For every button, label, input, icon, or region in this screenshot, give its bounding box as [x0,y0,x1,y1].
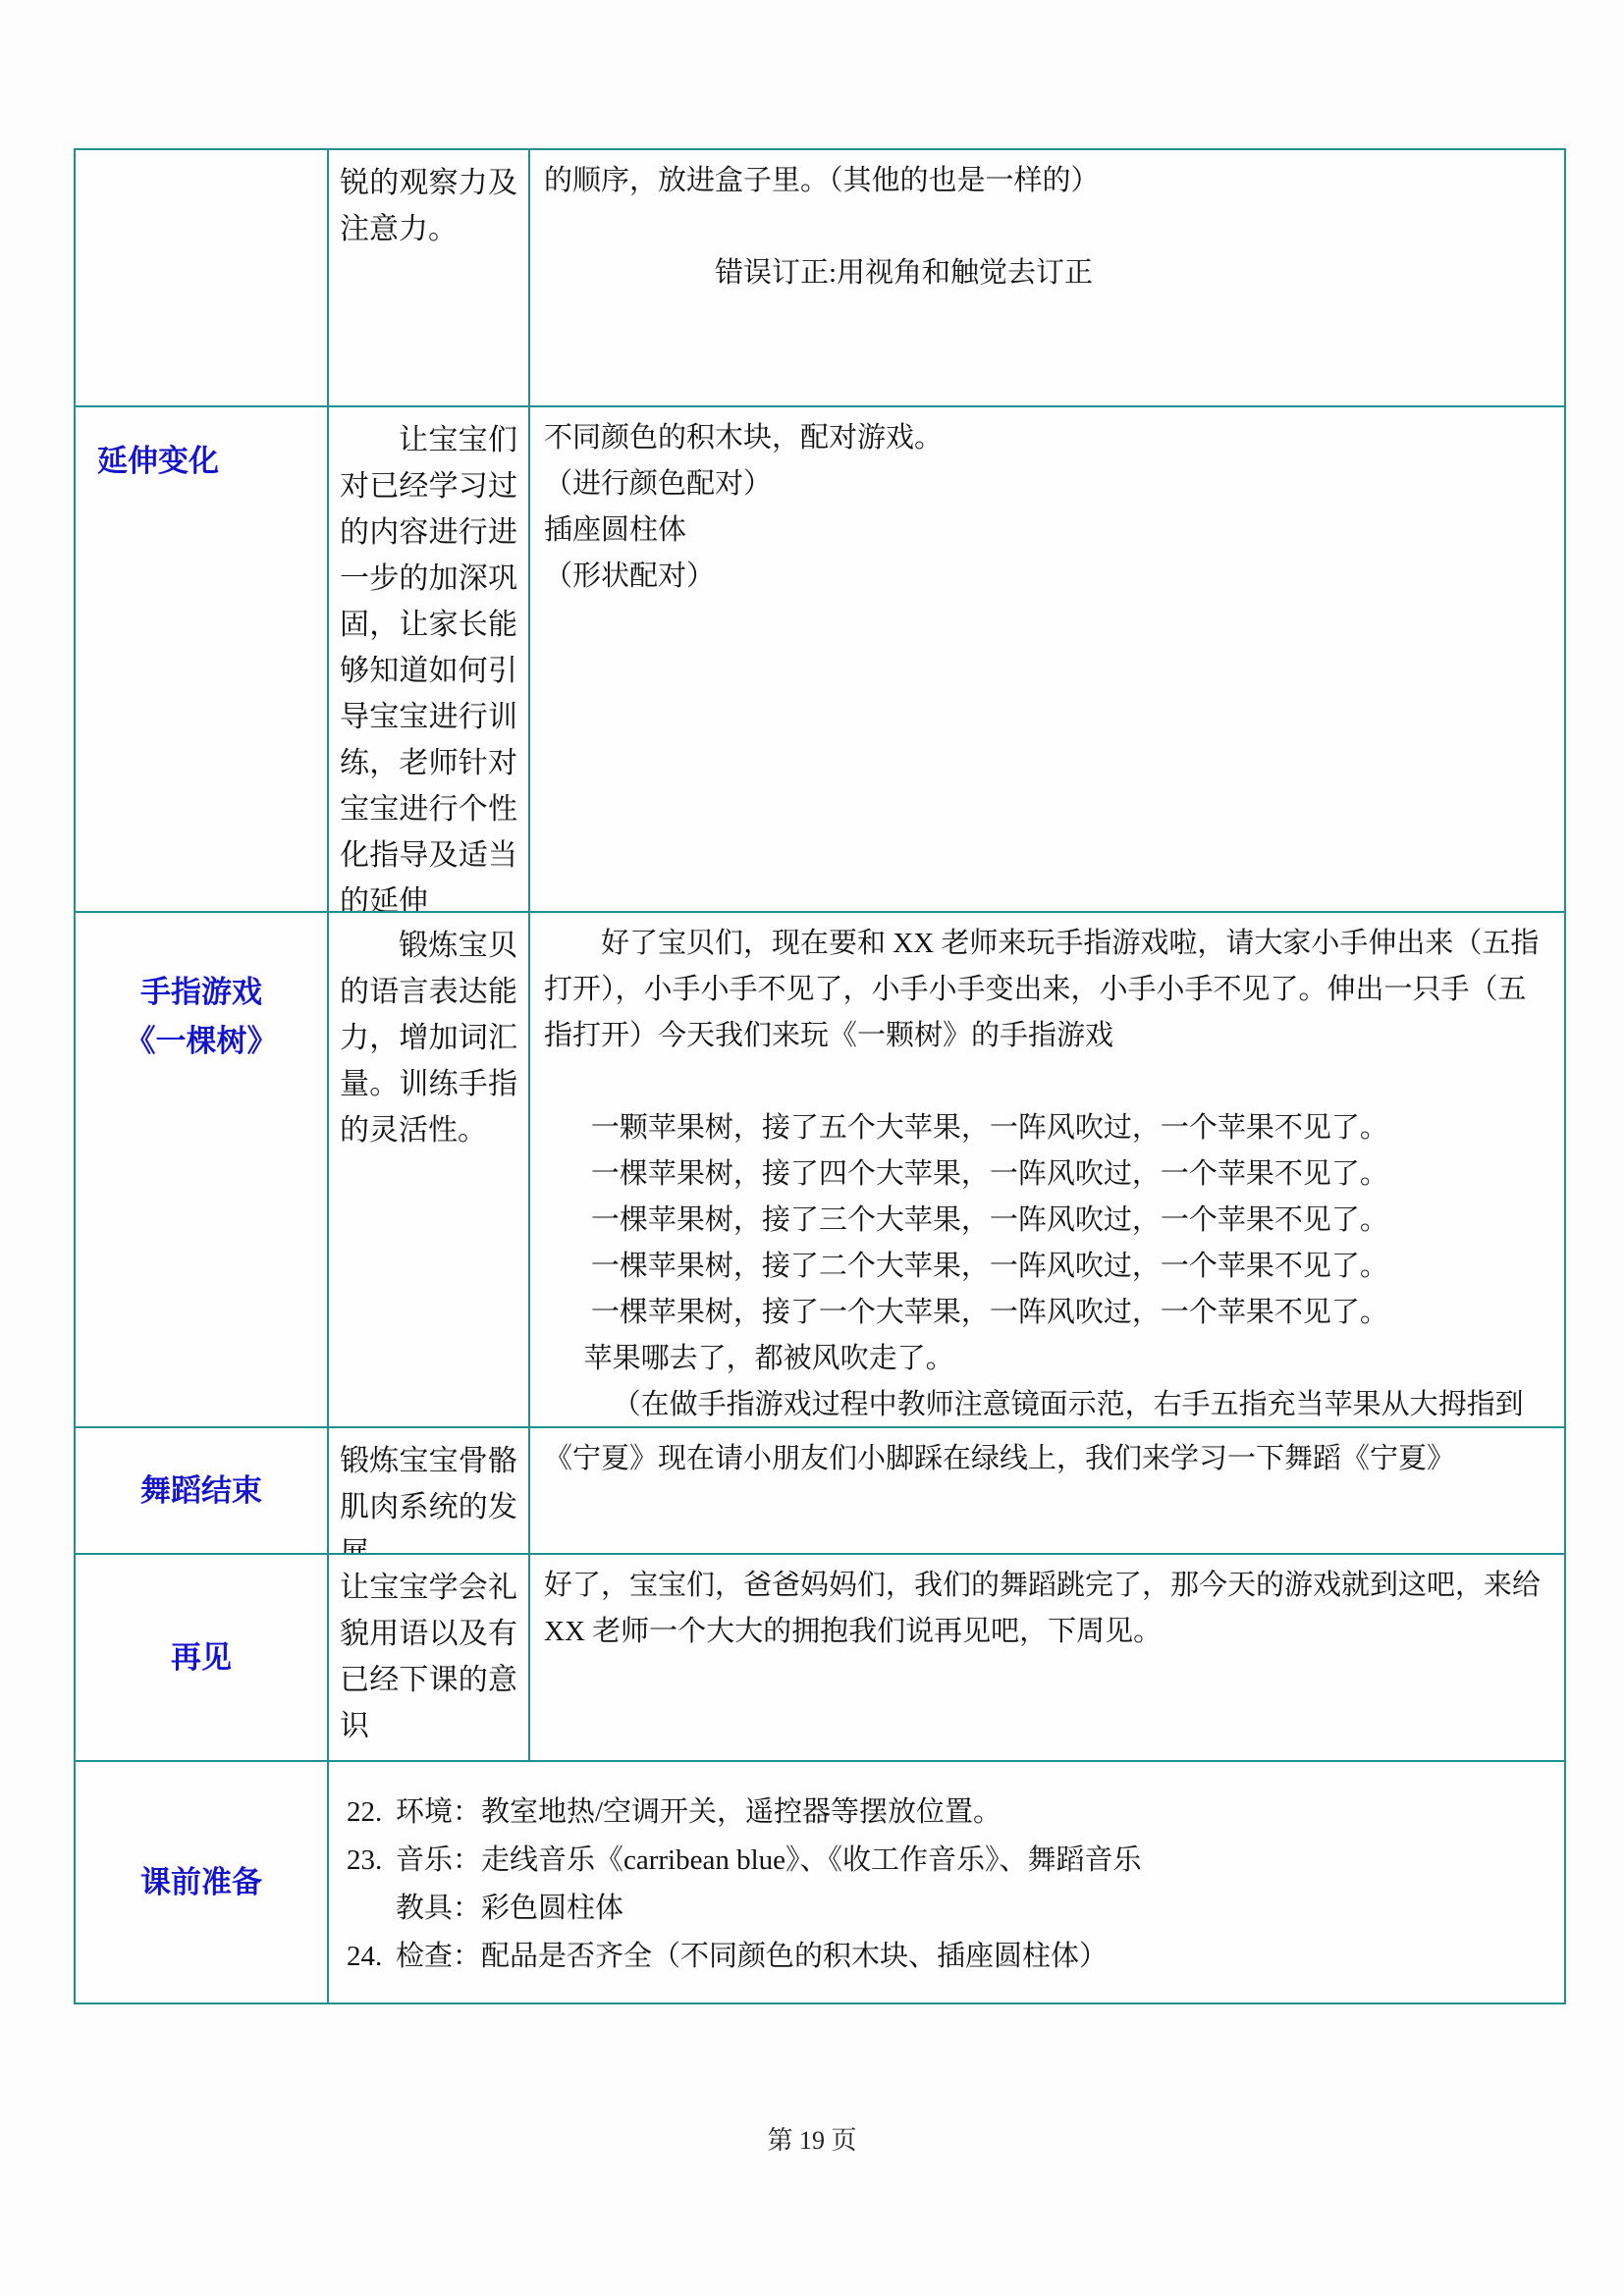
paragraph: 插座圆柱体 [544,507,1550,554]
goal-cell: 让宝宝们对已经学习过的内容进行进一步的加深巩固，让家长能够知道如何引导宝宝进行训… [329,407,530,911]
prep-item-number: 23. [347,1837,396,1885]
prep-item-number [347,1885,396,1933]
label-text: 《一棵树》 [76,1017,327,1066]
label-cell: 延伸变化 [76,407,329,911]
prep-item: 22.环境：教室地热/空调开关，遥控器等摆放位置。 [347,1789,1550,1837]
row-dance-ending: 舞蹈结束 锻炼宝宝骨骼肌肉系统的发展 《宁夏》现在请小朋友们小脚踩在绿线上，我们… [76,1428,1564,1555]
label-cell: 课前准备 [76,1762,329,2002]
paragraph: 一棵苹果树，接了二个大苹果，一阵风吹过，一个苹果不见了。 [544,1244,1550,1290]
paragraph: 锻炼宝贝的语言表达能力，增加词汇量。训练手指的灵活性。 [340,923,517,1153]
prep-item-text: 环境：教室地热/空调开关，遥控器等摆放位置。 [396,1789,1550,1837]
paragraph: 苹果哪去了，都被风吹走了。 [544,1336,1550,1382]
label-text: 舞蹈结束 [140,1467,262,1516]
prep-item-text: 教具：彩色圆柱体 [396,1885,1550,1933]
paragraph: 不同颜色的积木块，配对游戏。 [544,415,1550,461]
prep-item-text: 音乐：走线音乐《carribean blue》、《收工作音乐》、舞蹈音乐 [396,1837,1550,1885]
paragraph: 让宝宝学会礼貌用语以及有已经下课的意识 [340,1565,517,1749]
lesson-plan-table: 锐的观察力及注意力。 的顺序，放进盒子里。（其他的也是一样的） 错误订正:用视角… [74,148,1566,2004]
paragraph: 一棵苹果树，接了一个大苹果，一阵风吹过，一个苹果不见了。 [544,1290,1550,1336]
paragraph: （进行颜色配对） [544,461,1550,507]
label-cell: 手指游戏《一棵树》 [76,913,329,1426]
prep-item: 教具：彩色圆柱体 [347,1885,1550,1933]
label-cell [76,150,329,405]
prep-content-cell: 22.环境：教室地热/空调开关，遥控器等摆放位置。23.音乐：走线音乐《carr… [329,1762,1564,2002]
paragraph: 好了，宝宝们，爸爸妈妈们，我们的舞蹈跳完了，那今天的游戏就到这吧，来给 XX 老… [544,1563,1550,1655]
row-observation-continued: 锐的观察力及注意力。 的顺序，放进盒子里。（其他的也是一样的） 错误订正:用视角… [76,150,1564,407]
goal-cell: 让宝宝学会礼貌用语以及有已经下课的意识 [329,1555,530,1760]
paragraph: 锐的观察力及注意力。 [340,160,517,252]
row-finger-game: 手指游戏《一棵树》 锻炼宝贝的语言表达能力，增加词汇量。训练手指的灵活性。 好了… [76,913,1564,1428]
paragraph [544,204,1550,250]
page-number: 第 19 页 [0,2120,1624,2157]
paragraph: （形状配对） [544,554,1550,600]
label-text: 延伸变化 [97,437,327,486]
paragraph: （在做手指游戏过程中教师注意镜面示范，右手五指充当苹果从大拇指到小手指递减每吃掉… [544,1382,1550,1426]
label-text: 再见 [171,1633,232,1682]
paragraph: 一颗苹果树，接了五个大苹果，一阵风吹过，一个苹果不见了。 [544,1105,1550,1151]
paragraph: 让宝宝们对已经学习过的内容进行进一步的加深巩固，让家长能够知道如何引导宝宝进行训… [340,417,517,911]
paragraph: 错误订正:用视角和触觉去订正 [544,250,1550,296]
paragraph: 一棵苹果树，接了三个大苹果，一阵风吹过，一个苹果不见了。 [544,1198,1550,1244]
paragraph: 的顺序，放进盒子里。（其他的也是一样的） [544,158,1550,204]
label-cell: 再见 [76,1555,329,1760]
row-goodbye: 再见 让宝宝学会礼貌用语以及有已经下课的意识 好了，宝宝们，爸爸妈妈们，我们的舞… [76,1555,1564,1762]
content-cell: 好了，宝宝们，爸爸妈妈们，我们的舞蹈跳完了，那今天的游戏就到这吧，来给 XX 老… [530,1555,1564,1760]
content-cell: 《宁夏》现在请小朋友们小脚踩在绿线上，我们来学习一下舞蹈《宁夏》 [530,1428,1564,1553]
paragraph: 好了宝贝们，现在要和 XX 老师来玩手指游戏啦，请大家小手伸出来（五指打开），小… [544,921,1550,1059]
content-cell: 好了宝贝们，现在要和 XX 老师来玩手指游戏啦，请大家小手伸出来（五指打开），小… [530,913,1564,1426]
document-page: 锐的观察力及注意力。 的顺序，放进盒子里。（其他的也是一样的） 错误订正:用视角… [0,0,1624,2296]
prep-item-text: 检查：配品是否齐全（不同颜色的积木块、插座圆柱体） [396,1933,1550,1981]
prep-item: 23.音乐：走线音乐《carribean blue》、《收工作音乐》、舞蹈音乐 [347,1837,1550,1885]
row-extension-variation: 延伸变化 让宝宝们对已经学习过的内容进行进一步的加深巩固，让家长能够知道如何引导… [76,407,1564,913]
prep-item-number: 22. [347,1789,396,1837]
label-cell: 舞蹈结束 [76,1428,329,1553]
paragraph: 一棵苹果树，接了四个大苹果，一阵风吹过，一个苹果不见了。 [544,1151,1550,1198]
paragraph: 锻炼宝宝骨骼肌肉系统的发展 [340,1438,517,1553]
goal-cell: 锐的观察力及注意力。 [329,150,530,405]
paragraph [544,1059,1550,1105]
prep-item-number: 24. [347,1933,396,1981]
paragraph: 《宁夏》现在请小朋友们小脚踩在绿线上，我们来学习一下舞蹈《宁夏》 [544,1436,1550,1482]
goal-cell: 锻炼宝宝骨骼肌肉系统的发展 [329,1428,530,1553]
content-cell: 的顺序，放进盒子里。（其他的也是一样的） 错误订正:用视角和触觉去订正 [530,150,1564,405]
goal-cell: 锻炼宝贝的语言表达能力，增加词汇量。训练手指的灵活性。 [329,913,530,1426]
prep-item: 24.检查：配品是否齐全（不同颜色的积木块、插座圆柱体） [347,1933,1550,1981]
label-text: 课前准备 [140,1858,262,1907]
row-class-preparation: 课前准备 22.环境：教室地热/空调开关，遥控器等摆放位置。23.音乐：走线音乐… [76,1762,1564,2002]
content-cell: 不同颜色的积木块，配对游戏。（进行颜色配对）插座圆柱体（形状配对） [530,407,1564,911]
label-text: 手指游戏 [76,968,327,1017]
